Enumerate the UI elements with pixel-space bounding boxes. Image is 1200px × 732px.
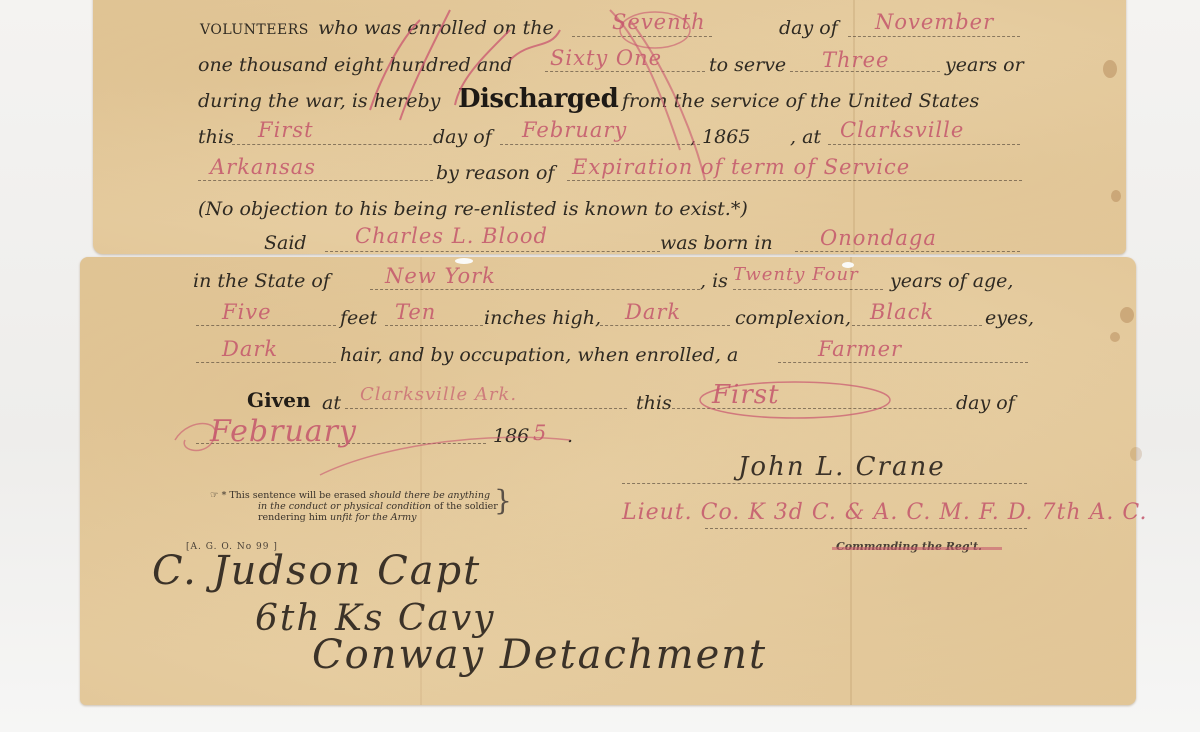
feet-label: feet [340,307,377,329]
day-of-label: day of [779,17,838,39]
enroll-day-value: Seventh [612,10,706,34]
term-value: Three [822,48,889,72]
volunteers-label: VOLUNTEERS [200,22,309,38]
footnote-line1b: should there be anything [369,490,490,501]
given-year-printed: 186 [493,425,529,447]
enroll-month-value: November [875,10,994,34]
fill-line [196,325,336,326]
enrolled-label: who was enrolled on the [318,17,554,39]
during-war-label: during the war, is hereby [198,90,440,112]
commander-signature: John L. Crane [738,452,946,482]
at-label: , at [790,126,821,148]
complexion-label: complexion, [735,307,851,329]
occupation-value: Farmer [818,337,902,361]
birthplace-value: Onondaga [820,226,937,250]
stain [1110,332,1120,342]
eyes-label: eyes, [985,307,1034,329]
commander-title: Lieut. Co. K 3d C. & A. C. M. F. D. 7th … [622,500,1147,525]
discharge-year: , 1865 [690,126,750,148]
footnote-line3a: rendering him [258,512,330,523]
enroll-year-value: Sixty One [550,46,662,70]
birth-state-value: New York [385,264,496,288]
given-month-value: February [210,414,357,449]
stain [1120,307,1134,323]
signature-line [622,483,1027,484]
fill-line [545,71,705,72]
footnote-line1a: * This sentence will be erased [222,490,370,501]
footnote-brace: } [494,486,512,516]
pointing-hand-icon: ☞ [210,490,219,501]
fill-line [828,144,1020,145]
footnote-line3b: unfit for the Army [330,512,417,523]
stain [1130,447,1142,461]
fill-line [567,180,1022,181]
discharge-reason-value: Expiration of term of Service [572,155,910,179]
year-prefix-label: one thousand eight hundred and [198,54,513,76]
fill-line [232,144,432,145]
this-label-2: this [636,392,672,414]
soldier-name-value: Charles L. Blood [355,224,548,248]
discharge-day-value: First [258,118,314,142]
day-of-label-2: day of [433,126,492,148]
fill-line [370,289,700,290]
state-of-label: in the State of [193,270,330,292]
discharged-heading: Discharged [458,84,618,114]
fill-line [795,251,1020,252]
hair-occupation-label: hair, and by occupation, when enrolled, … [340,344,738,366]
said-label: Said [264,232,307,254]
height-feet-value: Five [222,300,272,324]
given-year-digit: 5 [533,421,547,445]
annotation-line3: Conway Detachment [312,632,767,678]
day-of-label-3: day of [956,392,1015,414]
footnote-line2a: in the conduct or physical condition [258,501,431,512]
fill-line [385,325,483,326]
given-at-label: at [322,392,341,414]
strike-through [832,547,1002,550]
this-label: this [198,126,234,148]
years-or-label: years or [945,54,1024,76]
given-period: . [567,425,573,447]
annotation-line1: C. Judson Capt [152,548,481,594]
years-of-age-label: years of age, [890,270,1013,292]
complexion-value: Dark [625,300,681,324]
fill-line [345,408,627,409]
fill-line [848,36,1020,37]
by-reason-label: by reason of [436,162,555,184]
hair-value: Dark [222,337,278,361]
fill-line [600,325,730,326]
discharge-month-value: February [522,118,627,142]
age-value: Twenty Four [733,264,859,285]
born-in-label: was born in [660,232,773,254]
given-place-value: Clarksville Ark. [360,384,517,405]
discharge-state-value: Arkansas [210,155,316,179]
inches-high-label: inches high, [484,307,601,329]
fill-line [733,289,883,290]
given-day-value: First [712,380,780,410]
to-serve-label: to serve [709,54,786,76]
footnote-line2b: of the soldier [431,501,498,512]
from-service-label: from the service of the United States [622,90,979,112]
eyes-value: Black [870,300,934,324]
is-label: , is [700,270,728,292]
stain [1111,190,1121,202]
fill-line [500,144,700,145]
stain [1103,60,1117,78]
discharge-place-value: Clarksville [840,118,964,142]
reenlist-note: (No objection to his being re-enlisted i… [198,198,748,220]
fill-line [852,325,982,326]
signature-line [705,528,1027,529]
fill-line [778,362,1028,363]
fill-line [325,251,660,252]
fill-line [196,362,336,363]
given-heading: Given [247,388,311,412]
fill-line [572,36,712,37]
height-inches-value: Ten [395,300,436,324]
fill-line [198,180,433,181]
footnote: ☞ * This sentence will be erased should … [210,490,498,523]
